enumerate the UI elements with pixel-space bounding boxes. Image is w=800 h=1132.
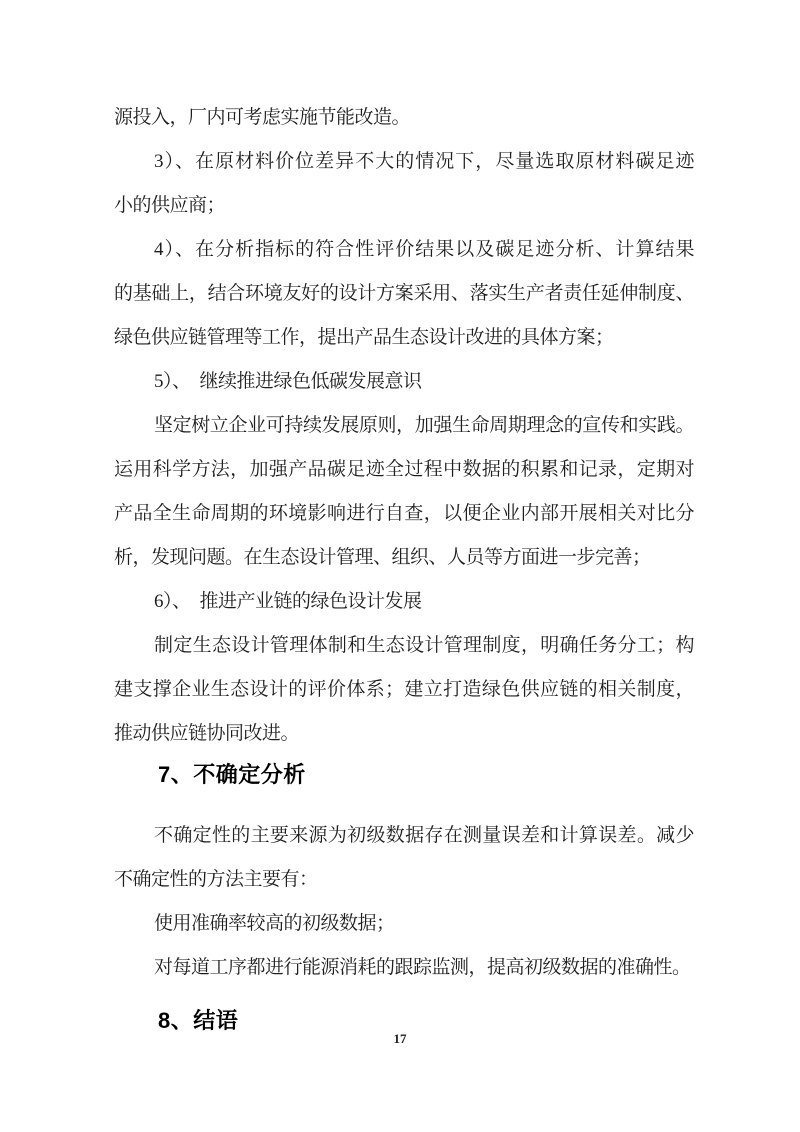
- body-line: 源投入，厂内可考虑实施节能改造。: [114, 96, 694, 140]
- page-number: 17: [0, 1031, 800, 1047]
- body-line: 小的供应商；: [114, 184, 694, 228]
- body-line: 产品全生命周期的环境影响进行自查，以便企业内部开展相关对比分: [114, 492, 694, 536]
- body-line: 运用科学方法，加强产品碳足迹全过程中数据的积累和记录，定期对: [114, 448, 694, 492]
- body-line: 绿色供应链管理等工作，提出产品生态设计改进的具体方案；: [114, 316, 694, 360]
- body-line: 6）、 推进产业链的绿色设计发展: [114, 580, 694, 624]
- body-line: 不确定性的方法主要有：: [114, 858, 694, 902]
- body-line: 对每道工序都进行能源消耗的跟踪监测，提高初级数据的准确性。: [114, 946, 694, 990]
- body-line: 4）、在分析指标的符合性评价结果以及碳足迹分析、计算结果: [114, 228, 694, 272]
- body-line: 制定生态设计管理体制和生态设计管理制度，明确任务分工；构: [114, 624, 694, 668]
- page-body: 源投入，厂内可考虑实施节能改造。 3）、在原材料价位差异不大的情况下，尽量选取原…: [0, 0, 800, 1040]
- body-line: 坚定树立企业可持续发展原则，加强生命周期理念的宣传和实践。: [114, 404, 694, 448]
- body-line: 使用准确率较高的初级数据；: [114, 902, 694, 946]
- document-page: 源投入，厂内可考虑实施节能改造。 3）、在原材料价位差异不大的情况下，尽量选取原…: [0, 0, 800, 1132]
- body-line: 3）、在原材料价位差异不大的情况下，尽量选取原材料碳足迹: [114, 140, 694, 184]
- section-heading-7: 7、不确定分析: [114, 756, 694, 794]
- body-line: 的基础上，结合环境友好的设计方案采用、落实生产者责任延伸制度、: [114, 272, 694, 316]
- body-line: 不确定性的主要来源为初级数据存在测量误差和计算误差。减少: [114, 814, 694, 858]
- body-line: 析，发现问题。在生态设计管理、组织、人员等方面进一步完善；: [114, 536, 694, 580]
- body-line: 5）、 继续推进绿色低碳发展意识: [114, 360, 694, 404]
- body-line: 建支撑企业生态设计的评价体系；建立打造绿色供应链的相关制度，: [114, 668, 694, 712]
- body-line: 推动供应链协同改进。: [114, 712, 694, 756]
